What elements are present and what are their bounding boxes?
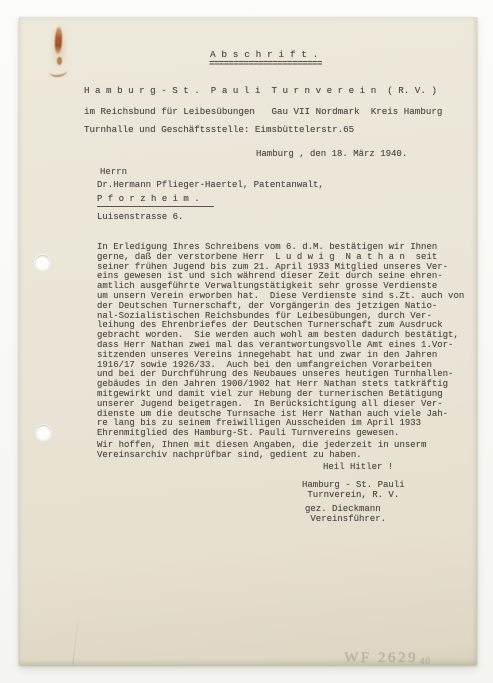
signature-org: Hamburg - St. Pauli Turnverein, R. V. [302,481,405,501]
recipient-salutation: Herrn [100,168,127,178]
archive-stamp-code: WF 2629 [344,650,418,666]
recipient-name: Dr.Hermann Pflieger-Haertel, Patentanwal… [97,181,324,191]
body-paragraph-2: Wir hoffen, Ihnen mit diesen Angaben, di… [97,441,426,461]
recipient-city: P f o r z h e i m . [97,195,214,207]
letterhead-org-address: Turnhalle und Geschäftsstelle: Eimsbütte… [84,125,354,135]
letterhead-org-name: H a m b u r g - S t . P a u l i T u r n … [84,86,437,96]
letterhead-org-affiliation: im Reichsbund für Leibesübungen Gau VII … [84,107,442,117]
signature-signed: gez. Dieckmann Vereinsführer. [305,505,386,525]
letter-page: A b s c h r i f t . ====================… [19,17,477,665]
scan-background: A b s c h r i f t . ====================… [0,0,493,683]
recipient-street: Luisenstrasse 6. [97,213,183,223]
paper-crease [72,615,78,665]
archive-stamp: WF 262940 [307,633,429,683]
dateline: Hamburg , den 18. März 1940. [256,150,407,160]
closing-salute: Heil Hitler ! [323,463,393,473]
archive-stamp-suffix: 40 [420,656,431,666]
punch-hole-bottom [36,425,51,440]
title-underline: ======================= [209,60,322,70]
rust-stain-dot [57,57,62,65]
punch-hole-top [35,255,50,270]
body-paragraph-1: In Erledigung Ihres Schreibens vom 6. d.… [97,243,464,439]
rust-stain-smudge [48,64,67,78]
